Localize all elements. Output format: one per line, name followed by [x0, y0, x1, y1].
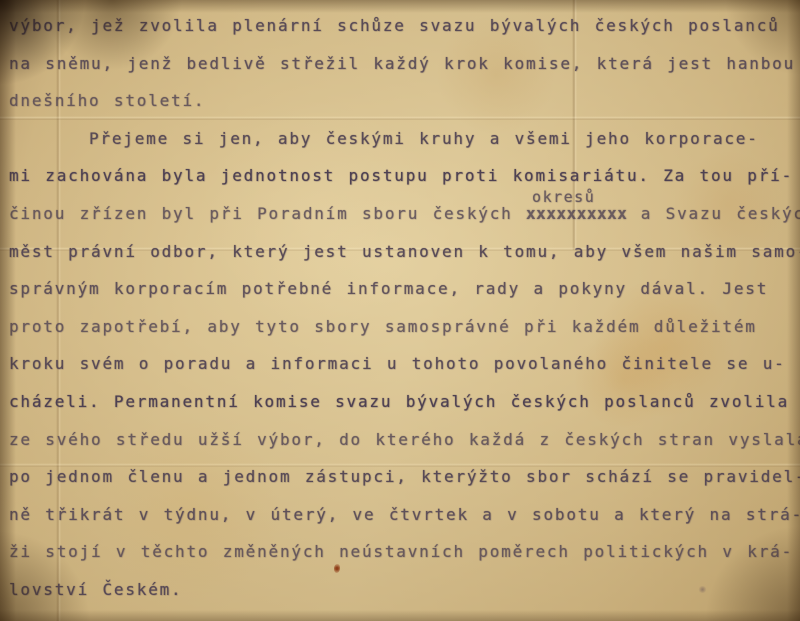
text-segment: činou zřízen byl při Poradním sboru česk… [9, 204, 526, 223]
text-line: kroku svém o poradu a informaci u tohoto… [9, 354, 800, 392]
text-line: na sněmu, jenž bedlivě střežil každý kro… [9, 54, 800, 92]
text-line: měst právní odbor, který jest ustanoven … [9, 242, 800, 280]
text-line: ze svého středu užší výbor, do kterého k… [9, 430, 800, 468]
inserted-word-above: okresů [532, 188, 595, 206]
text-line-with-correction: činou zřízen byl při Poradním sboru česk… [9, 204, 800, 242]
text-line-paragraph-start: Přejeme si jen, aby českými kruhy a všem… [9, 129, 800, 167]
text-line: po jednom členu a jednom zástupci, který… [9, 467, 800, 505]
text-line: mi zachována byla jednotnost postupu pro… [9, 166, 800, 204]
text-line: cházeli. Permanentní komise svazu bývalý… [9, 392, 800, 430]
text-line: správným korporacím potřebné informace, … [9, 279, 800, 317]
text-line: ně třikrát v týdnu, v úterý, ve čtvrtek … [9, 505, 800, 543]
overtyped-struck-text: xxxxxxxxxx [526, 204, 627, 223]
text-segment: a Svazu českých [627, 204, 800, 223]
typewritten-text: výbor, jež zvolila plenární schůze svazu… [0, 0, 800, 618]
text-line: ži stojí v těchto změněných neústavních … [9, 542, 800, 580]
text-line: proto zapotřebí, aby tyto sbory samosprá… [9, 317, 800, 355]
scanned-document-page: výbor, jež zvolila plenární schůze svazu… [0, 0, 800, 621]
correction-wrap: okresůxxxxxxxxxx [526, 204, 627, 223]
text-line: výbor, jež zvolila plenární schůze svazu… [9, 16, 800, 54]
text-line: lovství Českém. [9, 580, 800, 618]
text-line: dnešního století. [9, 91, 800, 129]
